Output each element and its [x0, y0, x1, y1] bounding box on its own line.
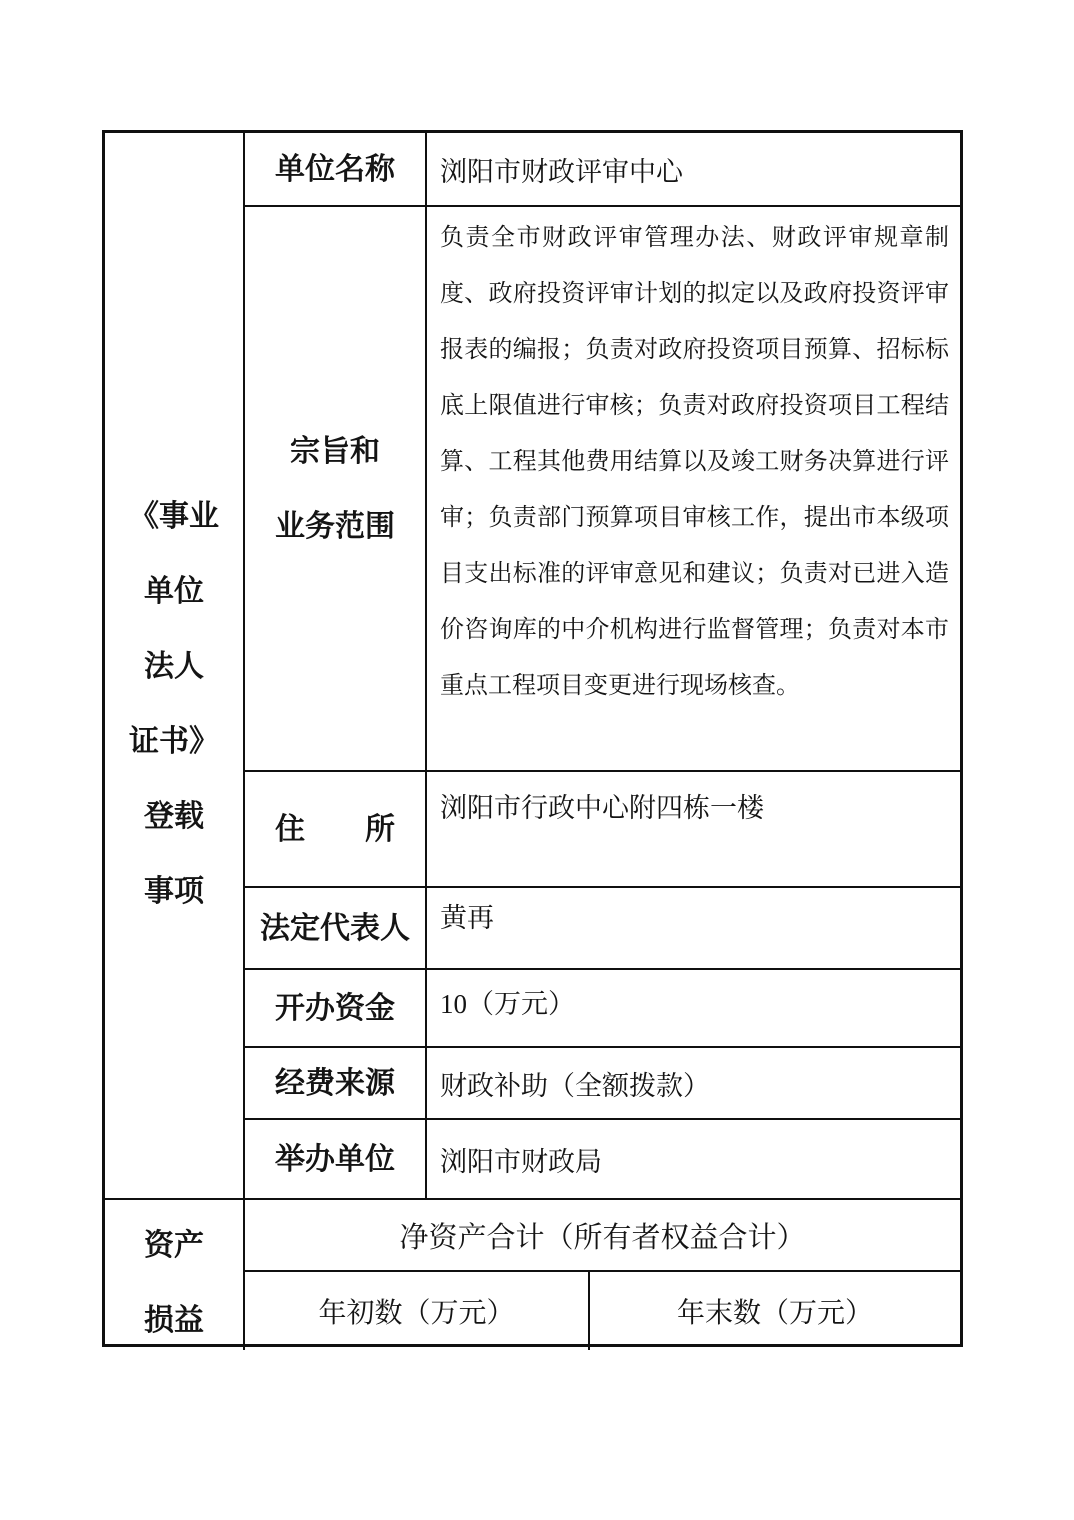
certificate-title-line: 法人 [129, 629, 219, 704]
certificate-section-title: 《事业 单位 法人 证书》 登载 事项 [105, 133, 245, 1198]
year-start-cell: 年初数（万元） [245, 1272, 590, 1350]
organizer-label-text: 举办单位 [275, 1122, 395, 1197]
legal-representative-row: 法定代表人 黄再 [245, 888, 960, 970]
certificate-title-line: 《事业 [129, 479, 219, 554]
organizer-value: 浏阳市财政局 [427, 1120, 960, 1198]
assets-rows: 净资产合计（所有者权益合计） 年初数（万元） 年末数（万元） [245, 1200, 960, 1350]
assets-title-line: 资产 [144, 1208, 204, 1283]
registered-capital-label-text: 开办资金 [275, 971, 395, 1046]
assets-section-title: 资产 损益 [105, 1200, 245, 1350]
address-label: 住 所 [245, 772, 427, 886]
address-label-text: 住 所 [275, 792, 395, 867]
certificate-rows: 单位名称 浏阳市财政评审中心 宗旨和 业务范围 负责全市财政评审管理办法、财政评… [245, 133, 960, 1198]
funding-source-label-text: 经费来源 [275, 1046, 395, 1121]
certificate-title-line: 登载 [129, 779, 219, 854]
mission-label: 宗旨和 业务范围 [245, 207, 427, 770]
registered-capital-label: 开办资金 [245, 970, 427, 1046]
legal-representative-label: 法定代表人 [245, 888, 427, 968]
assets-section: 资产 损益 净资产合计（所有者权益合计） 年初数（万元） 年末数（万元） [105, 1200, 960, 1350]
mission-label-line: 业务范围 [275, 489, 395, 564]
certificate-title-line: 事项 [129, 854, 219, 929]
assets-year-row: 年初数（万元） 年末数（万元） [245, 1272, 960, 1350]
unit-name-row: 单位名称 浏阳市财政评审中心 [245, 133, 960, 207]
net-assets-header: 净资产合计（所有者权益合计） [245, 1200, 960, 1272]
address-row: 住 所 浏阳市行政中心附四栋一楼 [245, 772, 960, 888]
certificate-title-line: 证书》 [129, 704, 219, 779]
funding-source-value: 财政补助（全额拨款） [427, 1048, 960, 1118]
organizer-label: 举办单位 [245, 1120, 427, 1198]
certificate-section-title-lines: 《事业 单位 法人 证书》 登载 事项 [129, 479, 219, 929]
funding-source-label: 经费来源 [245, 1048, 427, 1118]
organizer-row: 举办单位 浏阳市财政局 [245, 1120, 960, 1198]
address-value: 浏阳市行政中心附四栋一楼 [427, 772, 960, 886]
registered-capital-value: 10（万元） [427, 970, 960, 1046]
unit-name-label: 单位名称 [245, 133, 427, 205]
unit-name-value: 浏阳市财政评审中心 [427, 133, 960, 205]
certificate-section: 《事业 单位 法人 证书》 登载 事项 单位名称 浏阳市财政评审中心 宗旨和 业… [105, 133, 960, 1200]
mission-row: 宗旨和 业务范围 负责全市财政评审管理办法、财政评审规章制度、政府投资评审计划的… [245, 207, 960, 772]
registered-capital-row: 开办资金 10（万元） [245, 970, 960, 1048]
certificate-title-line: 单位 [129, 554, 219, 629]
mission-value: 负责全市财政评审管理办法、财政评审规章制度、政府投资评审计划的拟定以及政府投资评… [427, 207, 960, 770]
mission-label-line: 宗旨和 [290, 414, 380, 489]
registration-table: 《事业 单位 法人 证书》 登载 事项 单位名称 浏阳市财政评审中心 宗旨和 业… [102, 130, 963, 1347]
assets-title-line: 损益 [144, 1283, 204, 1358]
legal-representative-value: 黄再 [427, 888, 960, 968]
funding-source-row: 经费来源 财政补助（全额拨款） [245, 1048, 960, 1120]
assets-section-title-lines: 资产 损益 [144, 1208, 204, 1358]
unit-name-label-text: 单位名称 [275, 132, 395, 207]
legal-representative-label-text: 法定代表人 [260, 891, 410, 966]
year-end-cell: 年末数（万元） [590, 1272, 960, 1350]
